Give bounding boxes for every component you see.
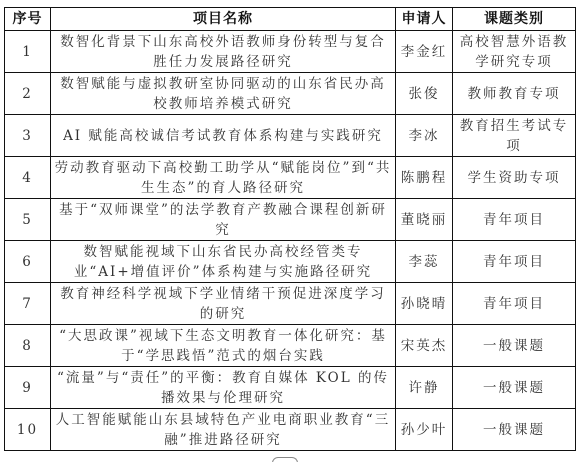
cell-applicant: 张俊 — [396, 73, 453, 115]
cell-applicant: 李蕊 — [396, 241, 453, 283]
cell-category: 教育招生考试专项 — [453, 115, 576, 157]
cell-name: “大思政课”视域下生态文明教育一体化研究：基于“学思践悟”范式的烟台实践 — [51, 325, 396, 367]
cell-category: 一般课题 — [453, 325, 576, 367]
header-category: 课题类别 — [453, 8, 576, 31]
cell-no: 9 — [5, 367, 51, 409]
cell-no: 6 — [5, 241, 51, 283]
cell-category: 一般课题 — [453, 409, 576, 451]
cell-applicant: 董晓丽 — [396, 199, 453, 241]
cell-name: 基于“双师课堂”的法学教育产教融合课程创新研究 — [51, 199, 396, 241]
cell-no: 2 — [5, 73, 51, 115]
cell-no: 4 — [5, 157, 51, 199]
cell-name: 数智赋能视域下山东省民办高校经管类专业“AI+增值评价”体系构建与实施路径研究 — [51, 241, 396, 283]
header-applicant: 申请人 — [396, 8, 453, 31]
cell-category: 学生资助专项 — [453, 157, 576, 199]
cell-applicant: 陈鹏程 — [396, 157, 453, 199]
cell-category: 青年项目 — [453, 199, 576, 241]
cell-category: 青年项目 — [453, 283, 576, 325]
cell-name: “流量”与“责任”的平衡：教育自媒体 KOL 的传播效果与伦理研究 — [51, 367, 396, 409]
cell-name: 数智化背景下山东高校外语教师身份转型与复合胜任力发展路径研究 — [51, 31, 396, 73]
table-row: 7 教育神经科学视域下学业情绪干预促进深度学习的研究 孙晓晴 青年项目 — [5, 283, 576, 325]
table-row: 8 “大思政课”视域下生态文明教育一体化研究：基于“学思践悟”范式的烟台实践 宋… — [5, 325, 576, 367]
cell-no: 8 — [5, 325, 51, 367]
header-no: 序号 — [5, 8, 51, 31]
cell-no: 5 — [5, 199, 51, 241]
cell-category: 高校智慧外语教学研究专项 — [453, 31, 576, 73]
cell-applicant: 宋英杰 — [396, 325, 453, 367]
table-row: 2 数智赋能与虚拟教研室协同驱动的山东省民办高校教师培养模式研究 张俊 教师教育… — [5, 73, 576, 115]
page-indicator-handle — [272, 457, 298, 462]
cell-applicant: 李冰 — [396, 115, 453, 157]
table-row: 1 数智化背景下山东高校外语教师身份转型与复合胜任力发展路径研究 李金红 高校智… — [5, 31, 576, 73]
cell-category: 一般课题 — [453, 367, 576, 409]
cell-name: 劳动教育驱动下高校勤工助学从“赋能岗位”到“共生生态”的育人路径研究 — [51, 157, 396, 199]
header-name: 项目名称 — [51, 8, 396, 31]
table-row: 5 基于“双师课堂”的法学教育产教融合课程创新研究 董晓丽 青年项目 — [5, 199, 576, 241]
cell-applicant: 李金红 — [396, 31, 453, 73]
cell-name: AI 赋能高校诚信考试教育体系构建与实践研究 — [51, 115, 396, 157]
table-row: 10 人工智能赋能山东县域特色产业电商职业教育“三融”推进路径研究 孙少叶 一般… — [5, 409, 576, 451]
table-row: 4 劳动教育驱动下高校勤工助学从“赋能岗位”到“共生生态”的育人路径研究 陈鹏程… — [5, 157, 576, 199]
table-row: 3 AI 赋能高校诚信考试教育体系构建与实践研究 李冰 教育招生考试专项 — [5, 115, 576, 157]
table-row: 9 “流量”与“责任”的平衡：教育自媒体 KOL 的传播效果与伦理研究 许静 一… — [5, 367, 576, 409]
cell-name: 数智赋能与虚拟教研室协同驱动的山东省民办高校教师培养模式研究 — [51, 73, 396, 115]
cell-applicant: 孙少叶 — [396, 409, 453, 451]
cell-no: 10 — [5, 409, 51, 451]
cell-applicant: 许静 — [396, 367, 453, 409]
cell-category: 教师教育专项 — [453, 73, 576, 115]
cell-name: 人工智能赋能山东县域特色产业电商职业教育“三融”推进路径研究 — [51, 409, 396, 451]
cell-no: 3 — [5, 115, 51, 157]
table-header-row: 序号 项目名称 申请人 课题类别 — [5, 8, 576, 31]
table-row: 6 数智赋能视域下山东省民办高校经管类专业“AI+增值评价”体系构建与实施路径研… — [5, 241, 576, 283]
cell-name: 教育神经科学视域下学业情绪干预促进深度学习的研究 — [51, 283, 396, 325]
cell-no: 7 — [5, 283, 51, 325]
cell-category: 青年项目 — [453, 241, 576, 283]
cell-applicant: 孙晓晴 — [396, 283, 453, 325]
cell-no: 1 — [5, 31, 51, 73]
project-table: 序号 项目名称 申请人 课题类别 1 数智化背景下山东高校外语教师身份转型与复合… — [4, 7, 576, 451]
